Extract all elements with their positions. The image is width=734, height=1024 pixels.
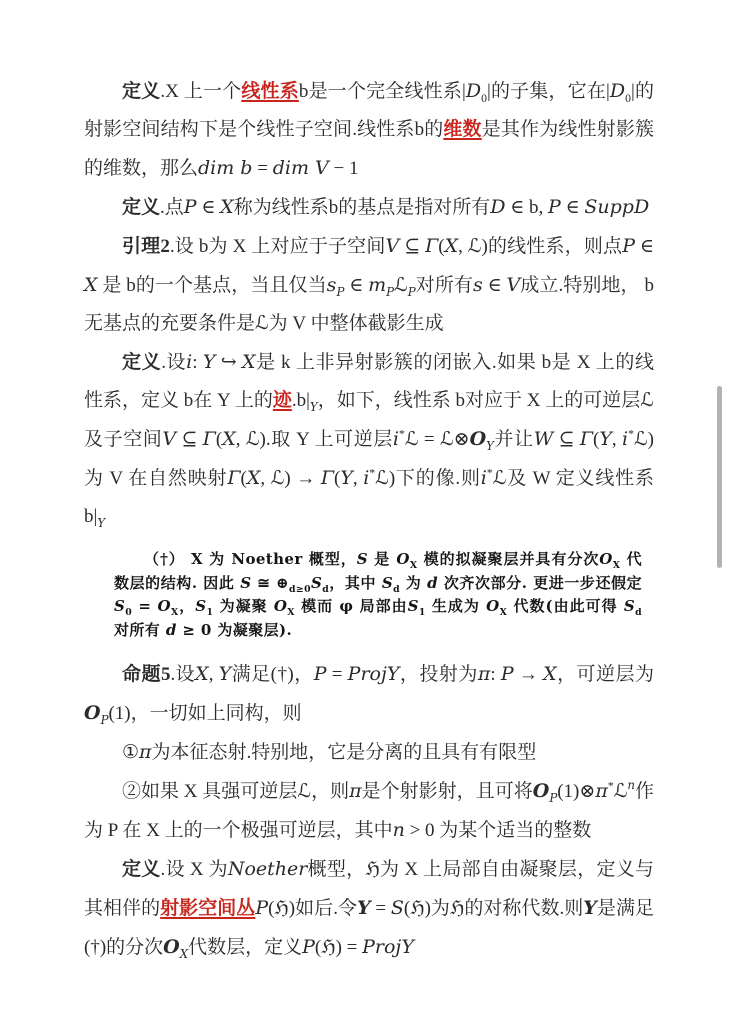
red-term-linear-system: 线性系: [241, 81, 299, 102]
scanned-inset-note: （†） X 为 Noether 概型，S 是 OX 模的拟凝聚层并具有分次OX …: [114, 548, 642, 643]
red-term-projective-space-bundle: 射影空间丛: [160, 898, 255, 919]
paragraph-definition-linear-system: 定义.X 上一个线性系b是一个完全线性系|D0|的子集，它在|D0|的射影空间结…: [84, 72, 654, 188]
paragraph-definition-trace: 定义.设i: Y ↪ X是 k 上非异射影簇的闭嵌入.如果 b是 X 上的线性系…: [84, 343, 654, 536]
paragraph-definition-projective-bundle: 定义.设 X 为Noether概型，ℌ为 X 上局部自由凝聚层，定义与其相伴的射…: [84, 850, 654, 967]
red-term-dimension: 维数: [443, 119, 481, 140]
paragraph-proposition-5: 命题5.设X, Y满足(†)，P = ProjY，投射为π: P → X，可逆层…: [84, 655, 654, 733]
paragraph-lemma-2: 引理2.设 b为 X 上对应于子空间V ⊆ Γ(X, ℒ)的线性系，则点P ∈ …: [84, 227, 654, 343]
document-body: 定义.X 上一个线性系b是一个完全线性系|D0|的子集，它在|D0|的射影空间结…: [84, 72, 654, 967]
paragraph-item-2: ②如果 X 具强可逆层ℒ，则π是个射影射，且可将OP(1)⊗π*ℒn作为 P 在…: [84, 772, 654, 850]
scrollbar-thumb[interactable]: [717, 386, 722, 568]
paragraph-item-1: ①π为本征态射.特别地，它是分离的且具有有限型: [84, 733, 654, 772]
paragraph-definition-base-point: 定义.点P ∈ X称为线性系b的基点是指对所有D ∈ b, P ∈ SuppD: [84, 188, 654, 227]
red-term-trace: 迹: [273, 390, 292, 411]
